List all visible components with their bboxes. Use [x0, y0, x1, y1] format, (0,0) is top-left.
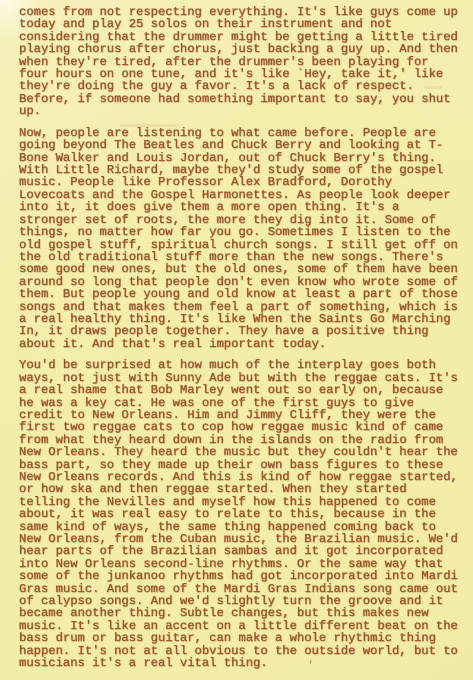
typewritten-text: comes from not respecting everything. It…: [19, 6, 464, 679]
paragraph: You'd be surprised at how much of the in…: [19, 359, 464, 669]
page: comes from not respecting everything. It…: [0, 0, 473, 680]
paragraph: comes from not respecting everything. It…: [19, 6, 464, 118]
paragraph: Now, people are listening to what came b…: [19, 127, 464, 350]
